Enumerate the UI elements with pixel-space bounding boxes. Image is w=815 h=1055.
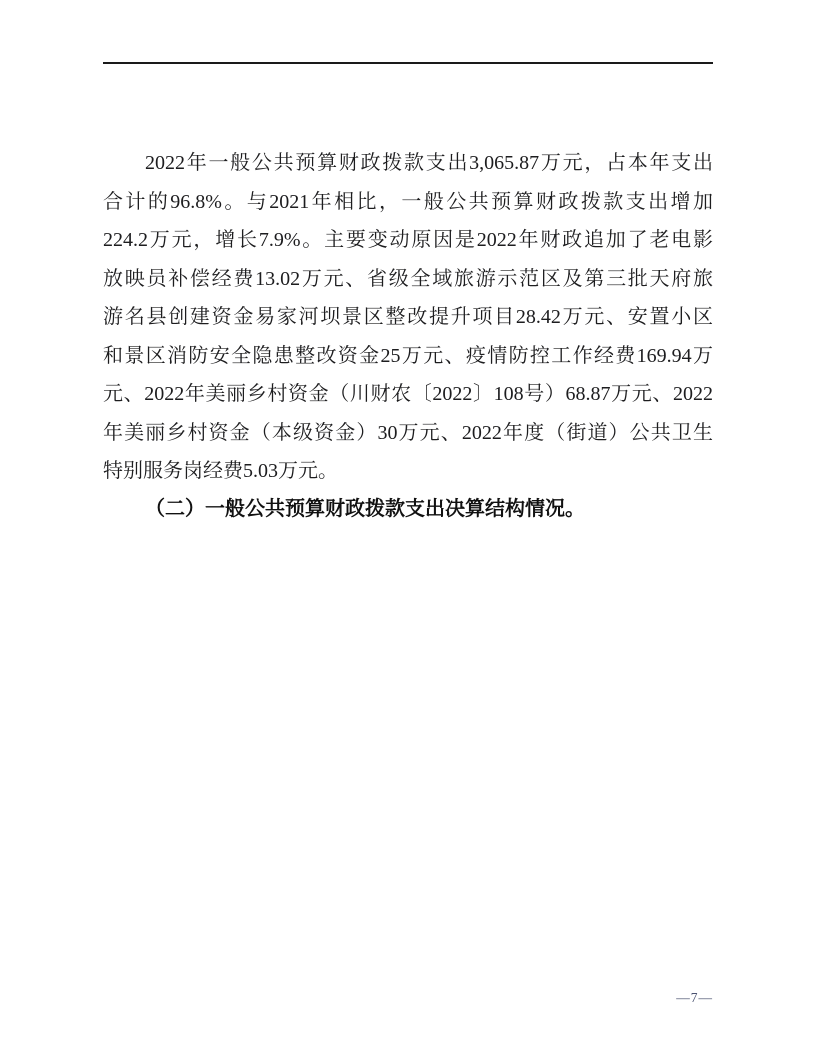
paragraph-line: 和景区消防安全隐患整改资金25万元、疫情防控工作经费169.94万 [103,337,713,376]
header-rule [103,62,713,64]
paragraph-line: 224.2万元，增长7.9%。主要变动原因是2022年财政追加了老电影 [103,221,713,260]
paragraph-line: 2022年一般公共预算财政拨款支出3,065.87万元，占本年支出 [103,144,713,183]
paragraph-line: 游名县创建资金易家河坝景区整改提升项目28.42万元、安置小区 [103,298,713,337]
page-number: —7— [676,990,713,1006]
paragraph-line: 年美丽乡村资金（本级资金）30万元、2022年度（街道）公共卫生 [103,414,713,453]
document-page: 2022年一般公共预算财政拨款支出3,065.87万元，占本年支出 合计的96.… [0,0,815,1055]
paragraph-line: 合计的96.8%。与2021年相比，一般公共预算财政拨款支出增加 [103,183,713,222]
paragraph-line: 元、2022年美丽乡村资金（川财农〔2022〕108号）68.87万元、2022 [103,375,713,414]
paragraph-line: 放映员补偿经费13.02万元、省级全域旅游示范区及第三批天府旅 [103,260,713,299]
paragraph-line: 特别服务岗经费5.03万元。 [103,452,713,491]
section-heading: （二）一般公共预算财政拨款支出决算结构情况。 [103,490,713,529]
body-paragraph: 2022年一般公共预算财政拨款支出3,065.87万元，占本年支出 合计的96.… [103,144,713,491]
